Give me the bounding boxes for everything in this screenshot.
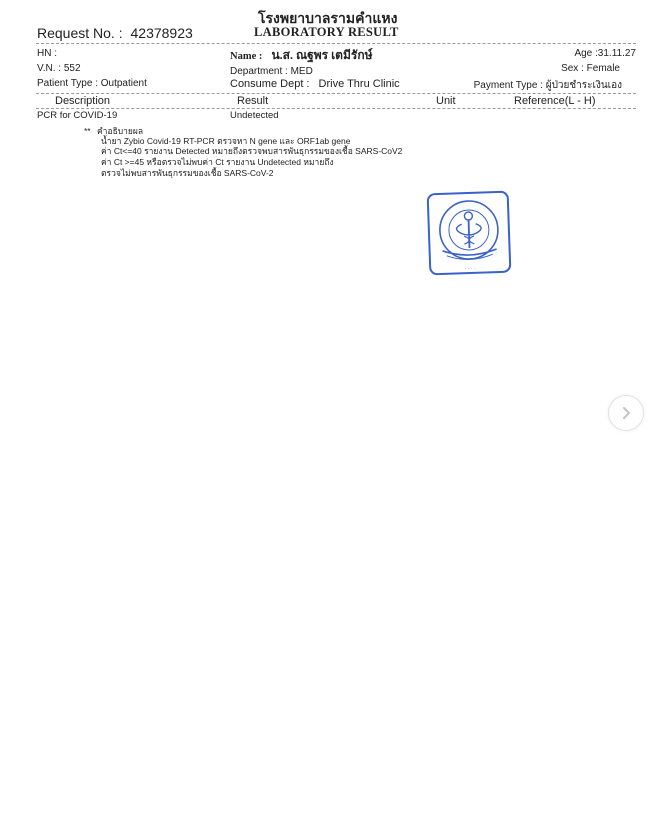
row-result: Undetected [230,110,279,121]
request-number: Request No. : 42378923 [37,25,193,41]
next-page-button[interactable] [608,395,644,431]
divider [36,108,636,109]
request-no-label: Request No. : [37,25,123,41]
report-title: LABORATORY RESULT [254,25,399,40]
patient-type-field: Patient Type : Outpatient [37,78,147,89]
vn-field: V.N. : 552 [37,63,81,74]
hospital-seal-stamp: . . . . [427,191,512,276]
sex-field: Sex : Female [561,63,620,74]
column-description: Description [55,95,110,107]
patient-name-field: Name : น.ส. ณฐพร เตมีรักษ์ [230,46,373,65]
notes-line: ตรวจไม่พบสารพันธุกรรมของเชื้อ SARS-CoV-2 [101,166,274,180]
consume-dept-field: Consume Dept : Drive Thru Clinic [230,78,400,90]
column-unit: Unit [436,95,456,107]
column-reference: Reference(L - H) [514,95,596,107]
request-no-value: 42378923 [131,25,193,41]
age-field: Age :31.11.27 [574,48,636,59]
divider [36,43,636,44]
svg-text:. . . .: . . . . [465,265,477,271]
divider [36,93,636,94]
payment-type-field: Payment Type : ผู้ป่วยชำระเงินเอง [474,78,622,93]
seal-emblem-icon: . . . . [429,193,510,274]
department-field: Department : MED [230,66,313,77]
column-result: Result [237,95,268,107]
chevron-right-icon [619,406,633,420]
hn-field: HN : [37,48,57,59]
row-description: PCR for COVID-19 [37,110,117,121]
